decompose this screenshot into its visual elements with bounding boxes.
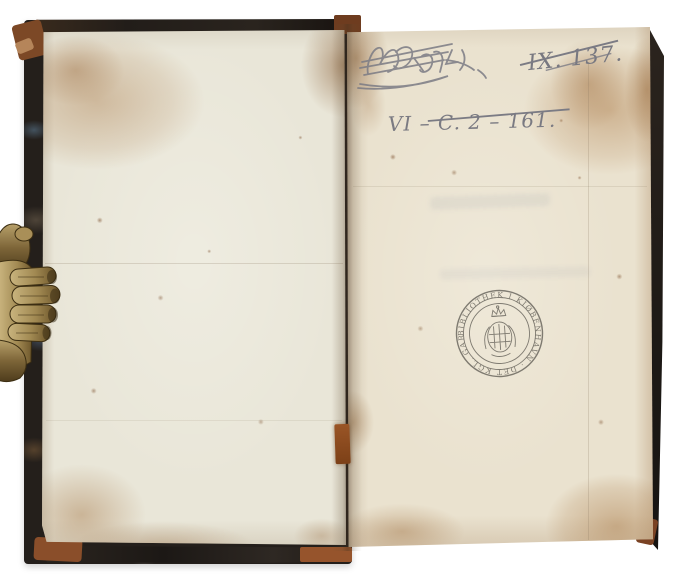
left-endpaper-page: [42, 29, 346, 546]
library-stamp: BIBLIOTHEK I KIØBENHAVN · DET KGL. GARNI…: [452, 286, 547, 381]
brass-hand-clasp: [0, 222, 64, 384]
gutter-repair-patch: [334, 424, 350, 464]
stamp-crown-icon: [491, 305, 506, 316]
spine-leather-bottom: [300, 547, 352, 562]
book-photo: BIBLIOTHEK I KIØBENHAVN · DET KGL. GARNI…: [0, 0, 700, 586]
stamp-circular-text: BIBLIOTHEK I KIØBENHAVN · DET KGL. GARNI…: [452, 286, 546, 380]
stamp-coat-of-arms-icon: [483, 321, 516, 358]
clasp-knob-bump: [15, 227, 33, 241]
